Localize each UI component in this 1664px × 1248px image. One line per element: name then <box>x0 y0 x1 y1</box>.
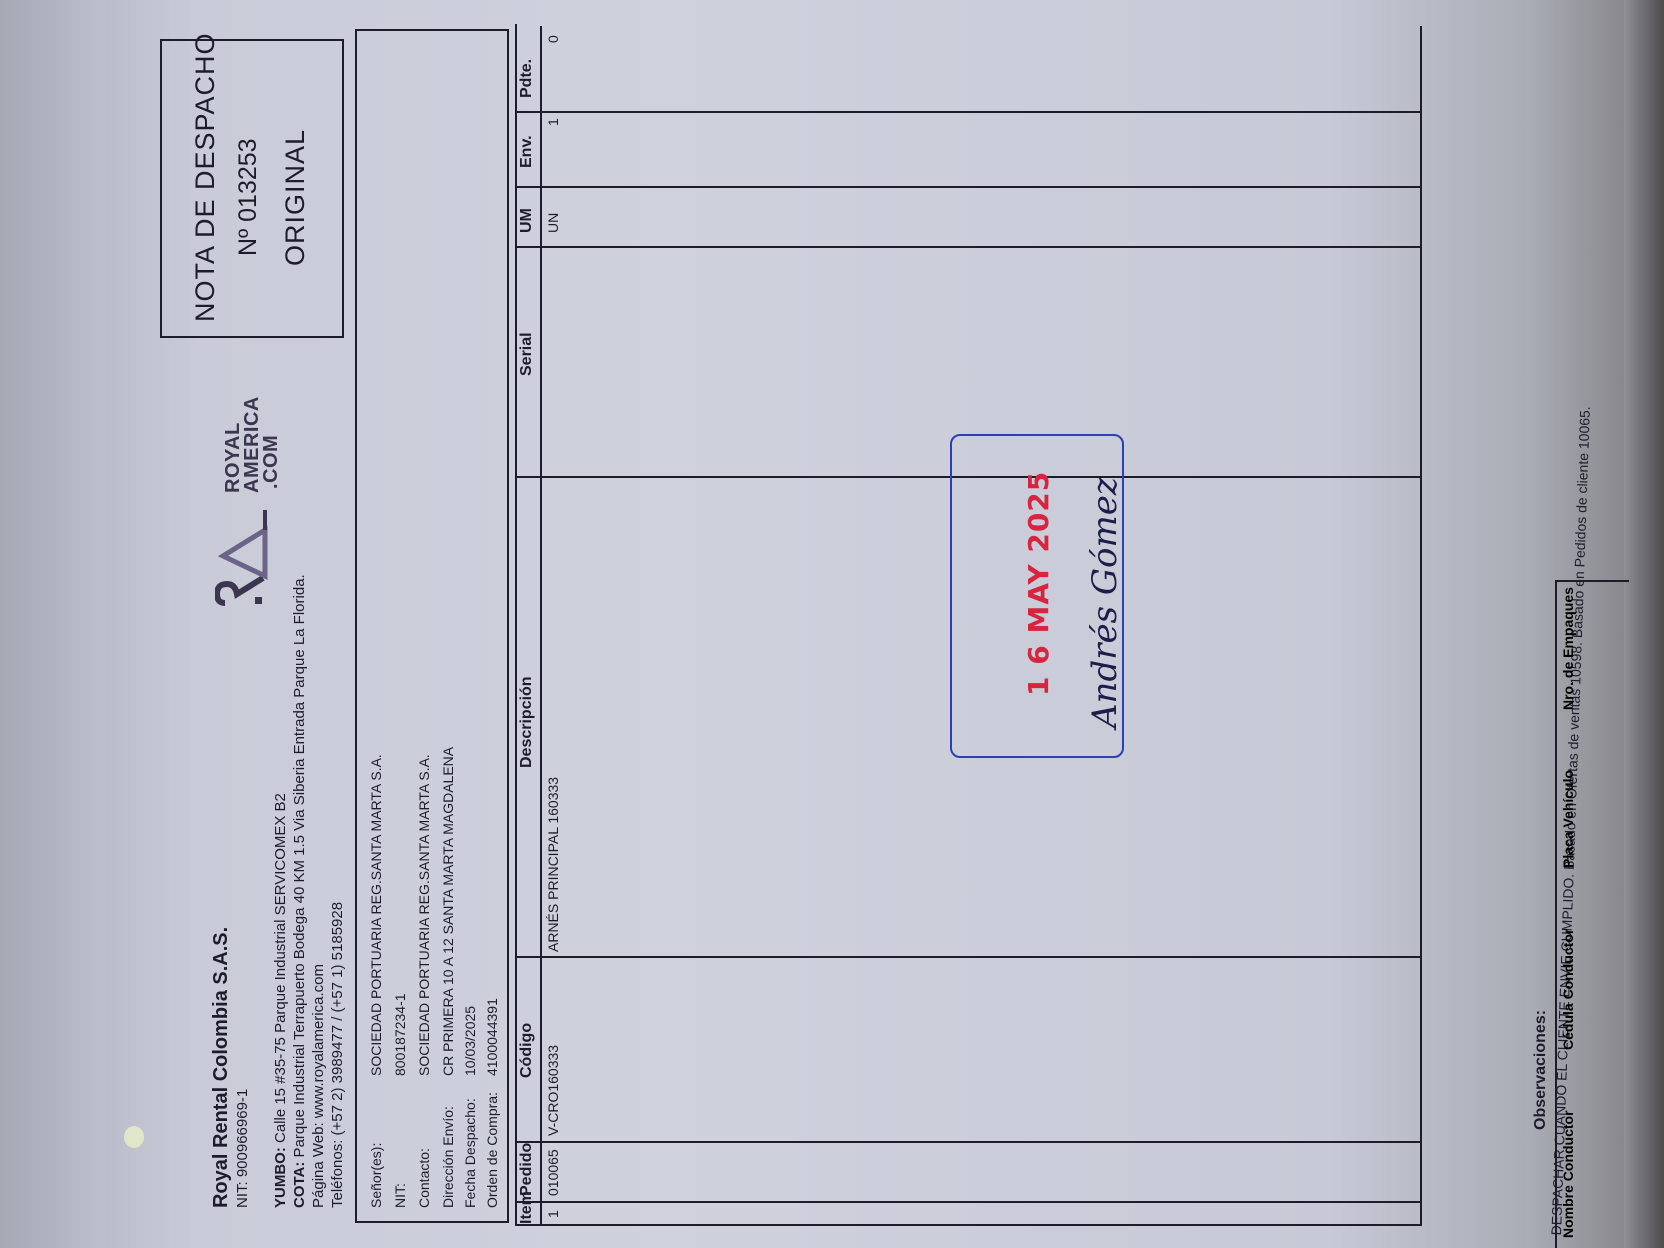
document-upright: Royal Rental Colombia S.A.S. NIT: 900966… <box>0 0 1440 1248</box>
observations-top-border <box>1420 26 1422 1226</box>
column-divider <box>515 111 1420 113</box>
footer-nombre-conductor: Nombre Conductor <box>1560 1110 1576 1238</box>
signature: Andrés Gómez <box>1085 477 1125 728</box>
address-yumbo: YUMBO: Calle 15 #35-75 Parque Industrial… <box>272 793 289 1208</box>
cell-descripcion: ARNÉS PRINCIPAL 160333 <box>545 777 561 952</box>
address-label: COTA: <box>291 1162 308 1208</box>
column-header-um: UM <box>518 208 536 233</box>
footer-placa-vehiculo: Placa Vehículo <box>1560 770 1576 868</box>
address-cota: COTA: Parque Industrial Terrapuerto Bode… <box>291 574 308 1208</box>
cell-env: 1 <box>545 118 561 126</box>
customer-value: CR PRIMERA 10 A 12 SANTA MARTA MAGDALENA <box>440 747 456 1076</box>
customer-value: SOCIEDAD PORTUARIA REG.SANTA MARTA S.A. <box>416 754 432 1076</box>
customer-value: 10/03/2025 <box>462 1006 478 1076</box>
column-divider <box>515 1141 1420 1143</box>
company-nit: NIT: 900966969-1 <box>234 1089 251 1208</box>
dispatch-note-box: NOTA DE DESPACHO Nº 013253 ORIGINAL <box>160 39 344 338</box>
column-divider <box>515 1201 1420 1203</box>
cell-item: 1 <box>545 1210 561 1218</box>
document-title: NOTA DE DESPACHO <box>190 32 221 322</box>
customer-value: 4100044391 <box>484 998 500 1076</box>
copy-type: ORIGINAL <box>280 129 311 266</box>
address-text: Parque Industrial Terrapuerto Bodega 40 … <box>291 574 308 1161</box>
cell-pdte: 0 <box>545 35 561 43</box>
customer-label: Señor(es): <box>368 1143 384 1208</box>
column-header-serial: Serial <box>518 332 536 376</box>
column-header-descripcion: Descripción <box>518 676 536 768</box>
royal-america-logo-icon <box>215 508 285 608</box>
logo-line: .COM <box>262 396 281 493</box>
company-website: Página Web: www.royalamerica.com <box>310 964 327 1208</box>
address-text: Calle 15 #35-75 Parque Industrial SERVIC… <box>272 793 289 1147</box>
column-header-item: Item <box>518 1191 536 1224</box>
customer-label: Orden de Compra: <box>484 1092 500 1208</box>
column-divider <box>515 956 1420 958</box>
column-header-pedido: Pedido <box>518 1143 536 1196</box>
background-shadow <box>1624 0 1664 1248</box>
observations-label: Observaciones: <box>1532 1010 1550 1130</box>
page: Royal Rental Colombia S.A.S. NIT: 900966… <box>0 0 1440 1248</box>
customer-label: NIT: <box>392 1183 408 1208</box>
column-divider <box>515 246 1420 248</box>
company-name: Royal Rental Colombia S.A.S. <box>210 927 233 1208</box>
customer-value: 800187234-1 <box>392 993 408 1076</box>
address-label: YUMBO: <box>272 1147 289 1208</box>
logo-text: ROYAL AMERICA .COM <box>224 396 281 493</box>
column-header-env: Env. <box>518 135 536 168</box>
customer-label: Fecha Despacho: <box>462 1098 478 1208</box>
customer-label: Dirección Envío: <box>440 1106 456 1208</box>
company-phones: Teléfonos: (+57 2) 3989477 / (+57 1) 518… <box>329 902 346 1208</box>
document-number: Nº 013253 <box>234 138 263 256</box>
cell-pedido: 010065 <box>545 1149 561 1196</box>
column-divider <box>515 186 1420 188</box>
column-header-codigo: Código <box>518 1023 536 1078</box>
column-header-pdte: Pdte. <box>518 59 536 98</box>
cell-codigo: V-CRO160333 <box>545 1045 561 1136</box>
customer-value: SOCIEDAD PORTUARIA REG.SANTA MARTA S.A. <box>368 754 384 1076</box>
customer-label: Contacto: <box>416 1148 432 1208</box>
footer-cedula-conductor: Cédula Conductor <box>1560 929 1576 1050</box>
table-header-divider <box>540 26 542 1226</box>
cell-um: UN <box>545 213 561 233</box>
footer-nro-empaques: Nro. de Empaques <box>1560 587 1576 710</box>
stamp-date: 1 6 MAY 2025 <box>1022 471 1055 696</box>
